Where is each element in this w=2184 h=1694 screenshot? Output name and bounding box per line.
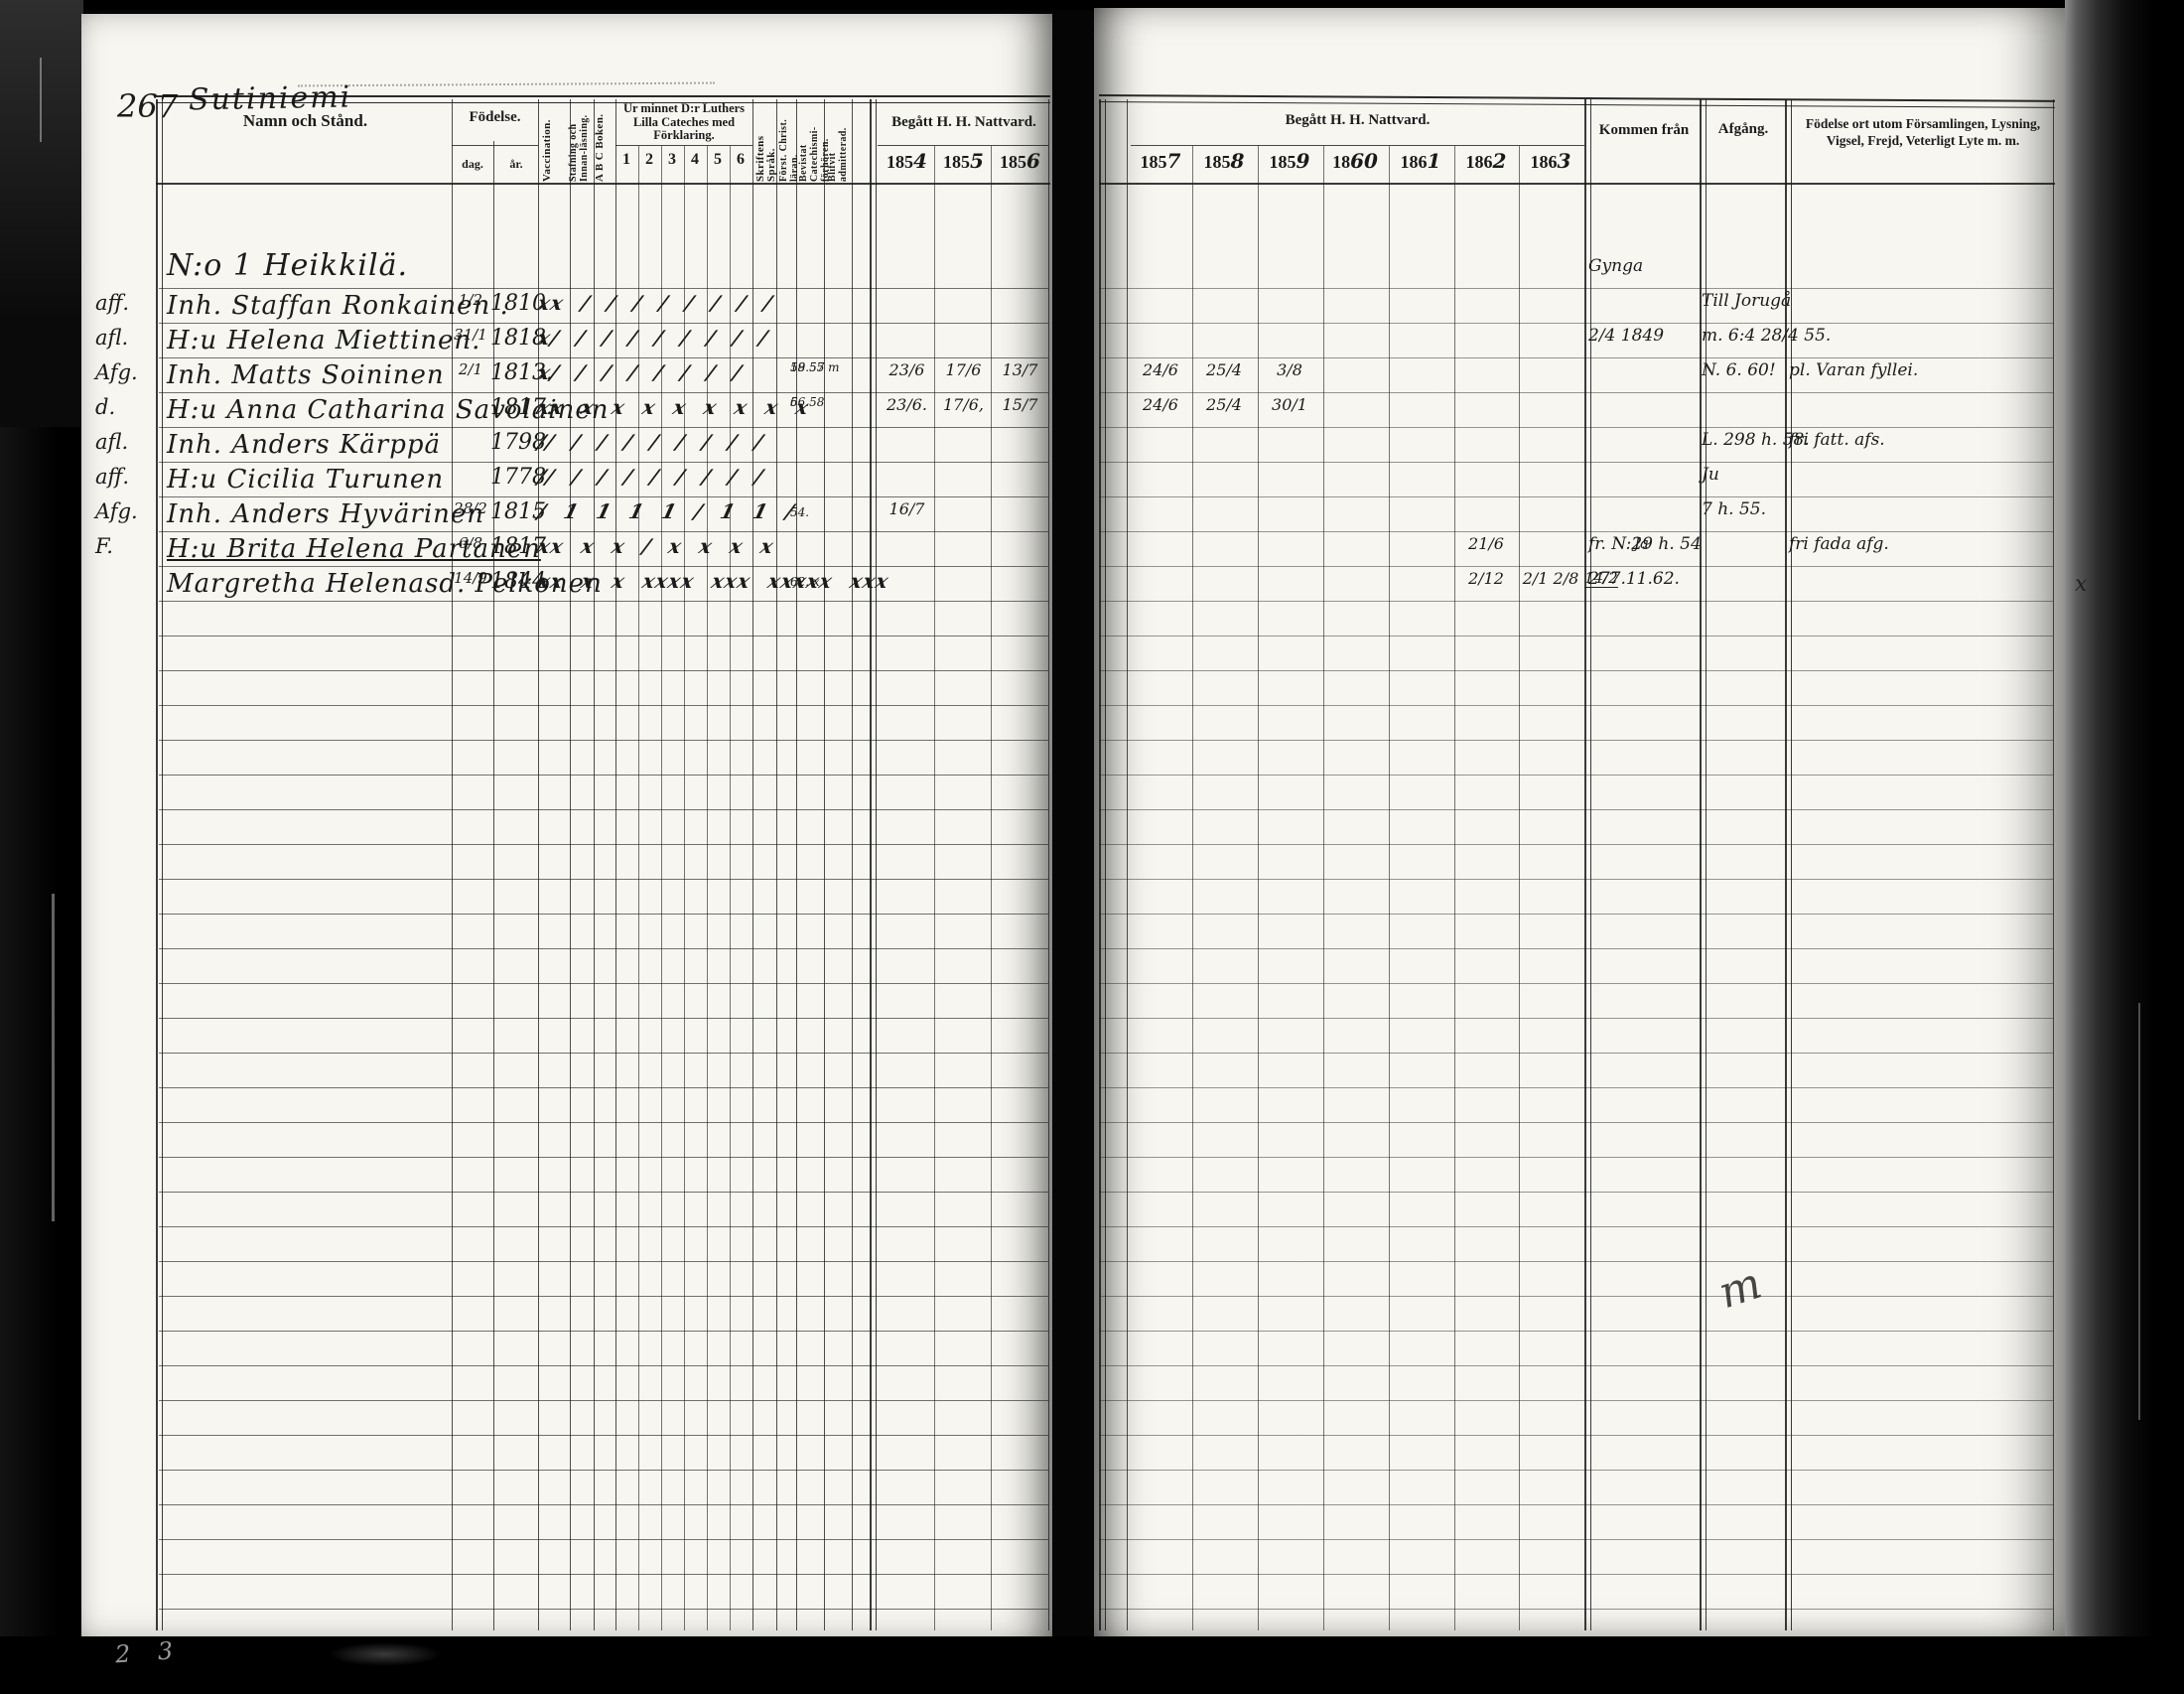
communion-1859: 3/8: [1260, 360, 1319, 379]
reading-marks: xx x x x x x x x x: [535, 395, 769, 419]
birth-day: 2/1: [449, 360, 492, 378]
communion-1854: 16/7: [880, 499, 934, 518]
birth-day: 28/2: [449, 499, 492, 517]
household-heading: N:o 1 Heikkilä.: [167, 248, 408, 283]
col-header-scripture-language: Skriftens Språk.: [755, 102, 775, 182]
come-from-entry: 2/4 1849: [1588, 326, 1700, 346]
departure-entry: N. 6. 60!: [1702, 360, 1791, 380]
col-header-spelling: Stafning och Innan-läsning.: [568, 102, 594, 182]
birth-year: 1817: [490, 534, 542, 559]
birth-day: 1/2: [449, 291, 492, 309]
catechism-col-6: 6: [730, 151, 751, 169]
bottom-pencil-marks: 2 3: [114, 1636, 184, 1669]
year-printed: 185: [943, 152, 970, 172]
communion-1857: 24/6: [1131, 395, 1190, 414]
year-handwritten: 60: [1350, 149, 1378, 173]
col-header-catechism: Ur minnet D:r Luthers Lilla Cateches med…: [617, 102, 751, 143]
birth-year: 1778: [490, 465, 542, 490]
year-printed: 185: [1270, 152, 1297, 172]
table-row: aff. Inh. Staffan Ronkainen . 1/2 1810 x…: [0, 289, 2184, 324]
year-1863: 1863: [1521, 149, 1580, 173]
margin-note: afl.: [95, 326, 153, 350]
birth-year: 1813.: [490, 360, 542, 385]
year-handwritten: 5: [970, 149, 984, 173]
table-row: afl. Inh. Anders Kärppä 1798 // / / / / …: [0, 428, 2184, 463]
header-bottom-line: [1099, 183, 2055, 185]
birth-day: 31/1: [449, 326, 492, 344]
table-row: Afg. Inh. Anders Hyvärinen 28/2 1815 / 1…: [0, 497, 2184, 532]
notes-entry: pl. Varan fyllei.: [1789, 360, 2059, 380]
subheader-line: [452, 145, 538, 146]
birth-day: 14/9: [449, 569, 492, 587]
attended-exam-note: 54.: [790, 505, 854, 519]
col-header-birth-day: dag.: [452, 157, 493, 172]
notes-entry: fri fada afg.: [1789, 534, 2059, 554]
birth-year: 1844: [490, 569, 542, 594]
year-1858: 1858: [1194, 149, 1254, 173]
year-handwritten: 2: [1493, 149, 1507, 173]
col-header-birth-year: år.: [495, 157, 537, 172]
edge-mark: x: [2075, 572, 2087, 597]
communion-1854: 23/6.: [880, 395, 934, 414]
year-printed: 186: [1531, 152, 1558, 172]
departure-entry: 7 h. 55.: [1702, 499, 1791, 519]
reading-marks: xx x x / x x x x: [535, 534, 769, 558]
notes-entry: fri fatt. afs.: [1789, 430, 2059, 450]
year-printed: 185: [887, 152, 913, 172]
communion-1862: 2/12: [1456, 569, 1516, 588]
year-printed: 18: [1332, 152, 1350, 172]
year-handwritten: 9: [1297, 149, 1310, 173]
reading-marks: // / / / / / / / /: [535, 465, 769, 489]
year-1854: 1854: [880, 149, 934, 173]
col-header-birth: Födelse.: [452, 109, 538, 126]
reading-marks: / 1 1 1 1 / 1 1 /: [535, 499, 769, 523]
col-header-vaccination: Vaccination.: [542, 102, 566, 182]
col-header-notes: Födelse ort utom Församlingen, Lysning, …: [1793, 115, 2053, 149]
table-row: afl. H:u Helena Miettinen. 31/1 1818 x/ …: [0, 324, 2184, 358]
communion-1858: 25/4: [1194, 360, 1254, 379]
year-1856: 1856: [993, 149, 1047, 173]
year-handwritten: 4: [913, 149, 927, 173]
col-header-attended-exams: Bevistat Catechismi-förhören.: [798, 102, 824, 182]
person-name: Inh. Anders Hyvärinen: [167, 499, 484, 529]
year-1862: 1862: [1456, 149, 1516, 173]
year-1857: 1857: [1131, 149, 1190, 173]
communion-1858: 25/4: [1194, 395, 1254, 414]
margin-note: Afg.: [95, 360, 153, 384]
year-1860: 1860: [1325, 149, 1385, 173]
bottom-smudge: [328, 1642, 442, 1666]
catechism-col-2: 2: [638, 151, 660, 169]
departure-entry: Till Jorugå: [1702, 291, 1791, 311]
birth-year: 1810: [490, 291, 542, 316]
col-header-come-from: Kommen från: [1588, 117, 1700, 143]
film-streak: [2138, 1003, 2140, 1420]
year-printed: 185: [1204, 152, 1231, 172]
communion-1862: 21/6: [1456, 534, 1516, 553]
birth-year: 1815: [490, 499, 542, 524]
reading-marks: xx / / / / / / / /: [535, 291, 769, 315]
come-from-entry: Gynga: [1588, 256, 1700, 276]
table-row: Afg. Inh. Matts Soininen 2/1 1813. x/ / …: [0, 358, 2184, 393]
col-header-admitted: Blifvit admitterad.: [827, 102, 851, 182]
table-row: d. H:u Anna Catharina Savolainen 1817. x…: [0, 393, 2184, 428]
subheader-line: [878, 145, 1048, 146]
header-bottom-line: [156, 183, 1050, 185]
margin-note: aff.: [95, 465, 153, 489]
communion-1855: 17/6: [936, 360, 991, 379]
margin-note: d.: [95, 395, 153, 419]
person-name: Inh. Anders Kärppä: [167, 430, 441, 460]
table-row: aff. H:u Cicilia Turunen 1778 // / / / /…: [0, 463, 2184, 497]
reading-marks: x/ / / / / / / /: [535, 360, 769, 384]
catechism-col-4: 4: [684, 151, 706, 169]
stray-date-mark: 14/2: [1584, 569, 1618, 588]
attended-exam-note: 62. x: [790, 575, 854, 589]
communion-1857: 24/6: [1131, 360, 1190, 379]
communion-1859: 30/1: [1260, 395, 1319, 414]
col-header-name-status: Namn och Stånd.: [159, 111, 452, 131]
table-row: F. H:u Brita Helena Partanen 6/8 1817 xx…: [0, 532, 2184, 567]
year-1861: 1861: [1391, 149, 1450, 173]
person-name: H:u Helena Miettinen.: [167, 326, 480, 355]
year-handwritten: 7: [1167, 149, 1181, 173]
year-handwritten: 8: [1231, 149, 1245, 173]
col-header-communion-right: Begått H. H. Nattvard.: [1131, 112, 1584, 129]
film-streak: [40, 58, 42, 142]
communion-1854: 23/6: [880, 360, 934, 379]
come-from-entry-2: Ja: [1634, 534, 1649, 552]
birth-year: 1817.: [490, 395, 542, 420]
communion-1855: 17/6,: [936, 395, 991, 414]
admitted-note: 18 57 m: [790, 360, 854, 374]
communion-1856: 15/7: [993, 395, 1047, 414]
table-row: Margretha Helenasd. Pelkonen 14/9 1844 x…: [0, 567, 2184, 602]
reading-marks: x/ / / / / / / / /: [535, 326, 769, 350]
reading-marks: // / / / / / / / /: [535, 430, 769, 454]
margin-note: afl.: [95, 430, 153, 454]
birth-year: 1798: [490, 430, 542, 455]
table-row-heading: N:o 1 Heikkilä. Gynga: [0, 254, 2184, 289]
departure-entry: Ju: [1702, 465, 1791, 485]
col-header-abc-book: A B C Boken.: [595, 102, 614, 182]
year-1855: 1855: [936, 149, 991, 173]
margin-note: F.: [95, 534, 153, 558]
year-printed: 185: [1141, 152, 1167, 172]
subheader-line: [1131, 145, 1584, 146]
margin-note: aff.: [95, 291, 153, 315]
admitted-note: 6.: [790, 395, 854, 409]
year-printed: 185: [1000, 152, 1026, 172]
year-1859: 1859: [1260, 149, 1319, 173]
col-header-christian-doctrine: Först. Christ. läran.: [778, 102, 796, 182]
year-handwritten: 3: [1558, 149, 1571, 173]
year-handwritten: 6: [1026, 149, 1040, 173]
margin-note: Afg.: [95, 499, 153, 523]
catechism-col-5: 5: [707, 151, 729, 169]
year-printed: 186: [1466, 152, 1493, 172]
catechism-col-3: 3: [661, 151, 683, 169]
year-printed: 186: [1401, 152, 1428, 172]
scanned-parish-register: 267 Sutiniemi Namn och Stånd. Födelse. d…: [0, 0, 2184, 1694]
communion-1856: 13/7: [993, 360, 1047, 379]
person-name: H:u Cicilia Turunen: [167, 465, 444, 494]
departure-entry: L. 298 h. 58.: [1702, 430, 1791, 450]
departure-entry: m. 6:4 28/4 55.: [1702, 326, 1791, 346]
col-header-communion-left: Begått H. H. Nattvard.: [880, 114, 1048, 131]
birth-year: 1818: [490, 326, 542, 351]
birth-day: 6/8: [449, 534, 492, 552]
reading-marks: xx x x xxxx xxx xxxxx xxx: [535, 569, 769, 593]
catechism-col-1: 1: [615, 151, 637, 169]
person-name: Inh. Matts Soininen: [167, 360, 445, 390]
communion-1863: 2/1 2/8: [1521, 569, 1580, 588]
col-header-departure: Afgång.: [1702, 121, 1785, 138]
year-handwritten: 1: [1428, 149, 1441, 173]
film-streak: [52, 894, 55, 1221]
